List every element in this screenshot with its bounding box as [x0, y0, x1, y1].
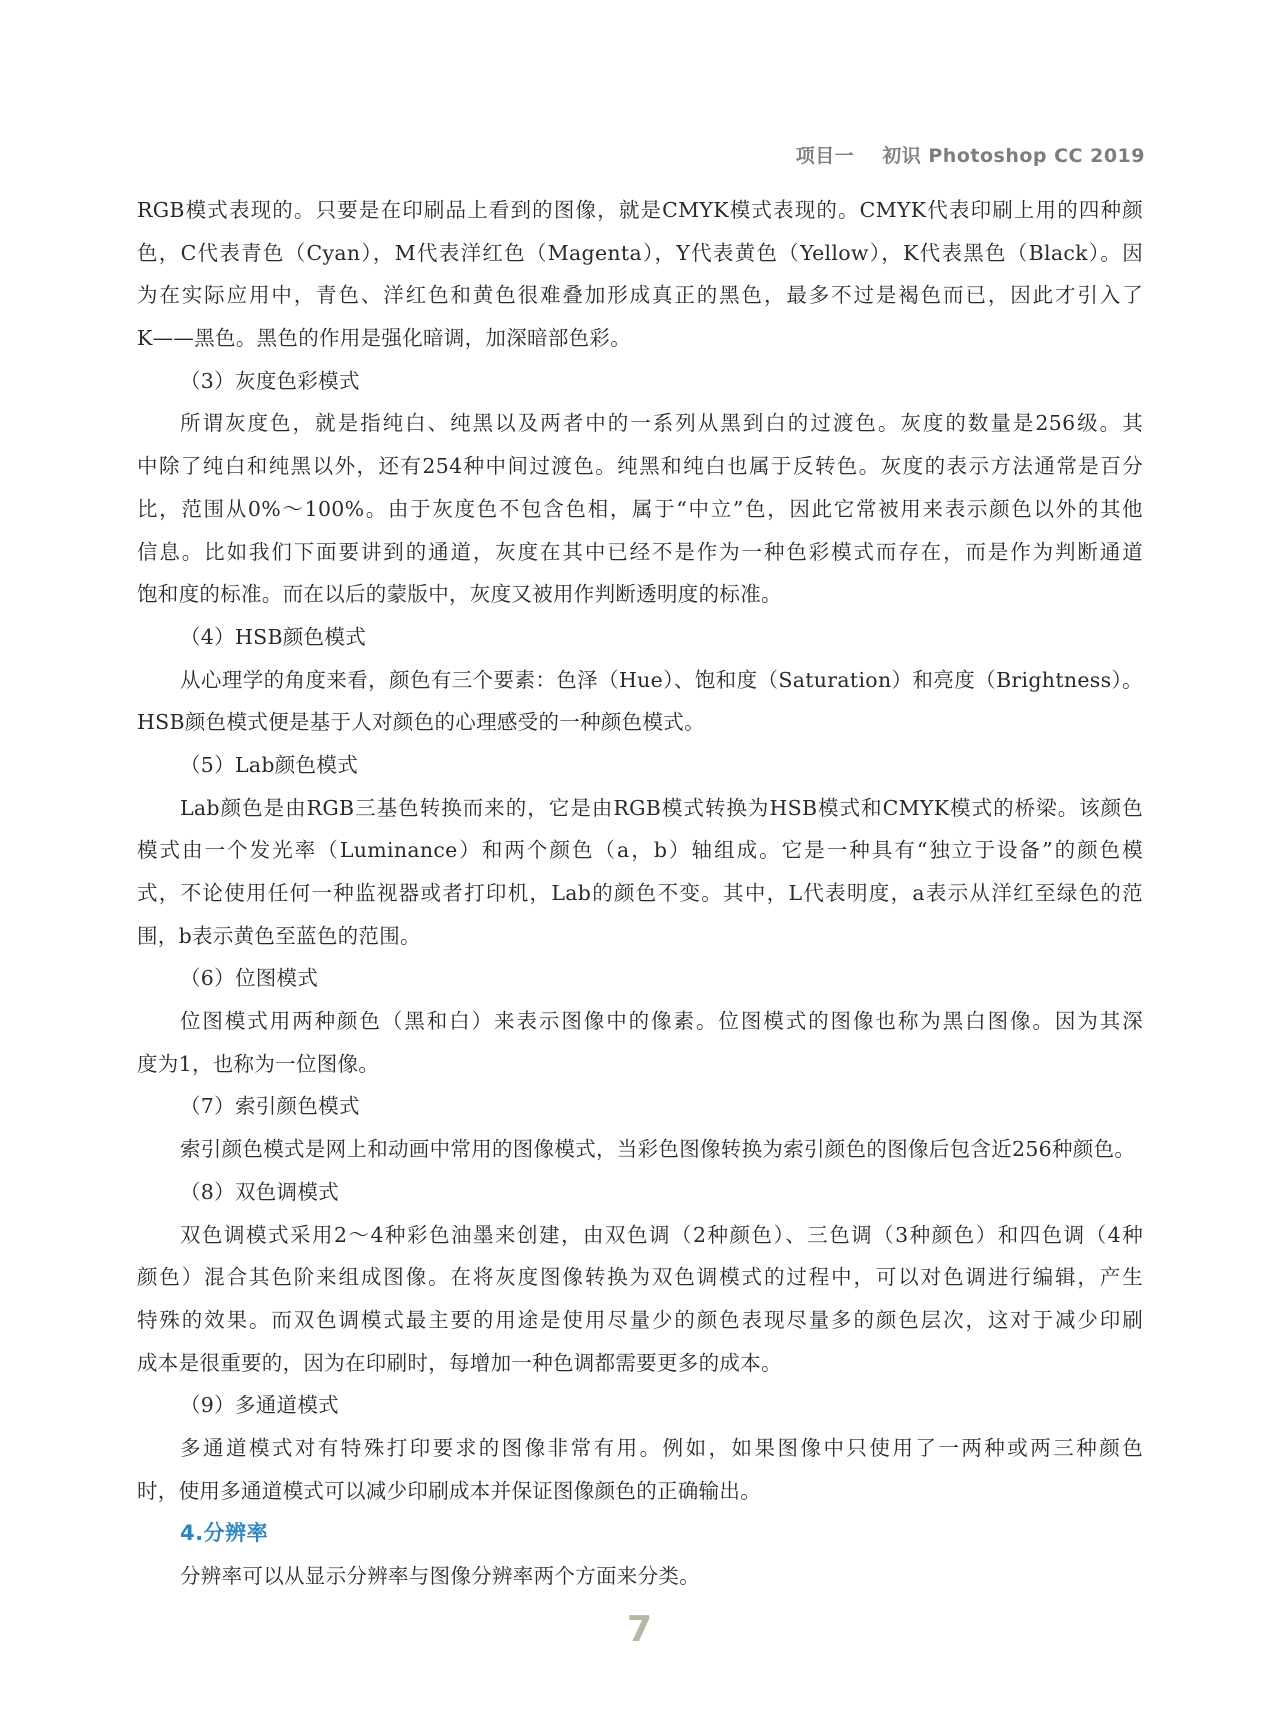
chapter-label: 项目一 [796, 145, 855, 167]
subheading-indexed: （7）索引颜色模式 [137, 1085, 1143, 1128]
text-line: 色，C代表青色（Cyan），M代表洋红色（Magenta），Y代表黄色（Yell… [137, 232, 1143, 275]
text-line: Lab颜色是由RGB三基色转换而来的，它是由RGB模式转换为HSB模式和CMYK… [137, 787, 1143, 830]
text-line: 双色调模式采用2～4种彩色油墨来创建，由双色调（2种颜色）、三色调（3种颜色）和… [137, 1214, 1143, 1257]
paragraph-lab: Lab颜色是由RGB三基色转换而来的，它是由RGB模式转换为HSB模式和CMYK… [137, 787, 1143, 958]
running-header: 项目一初识 Photoshop CC 2019 [796, 141, 1145, 168]
subheading-bitmap: （6）位图模式 [137, 957, 1143, 1000]
text-line: 多通道模式对有特殊打印要求的图像非常有用。例如，如果图像中只使用了一两种或两三种… [137, 1427, 1143, 1470]
text-line: 成本是很重要的，因为在印刷时，每增加一种色调都需要更多的成本。 [137, 1342, 1143, 1385]
subheading-multichannel: （9）多通道模式 [137, 1384, 1143, 1427]
paragraph-grayscale: 所谓灰度色，就是指纯白、纯黑以及两者中的一系列从黑到白的过渡色。灰度的数量是25… [137, 402, 1143, 615]
section-heading-resolution: 4.分辨率 [137, 1512, 1143, 1555]
text-line: 度为1，也称为一位图像。 [137, 1043, 1143, 1086]
text-line: 中除了纯白和纯黑以外，还有254种中间过渡色。纯黑和纯白也属于反转色。灰度的表示… [137, 445, 1143, 488]
paragraph-resolution: 分辨率可以从显示分辨率与图像分辨率两个方面来分类。 [137, 1555, 1143, 1598]
text-line: 比，范围从0%～100%。由于灰度色不包含色相，属于“中立”色，因此它常被用来表… [137, 488, 1143, 531]
text-line: HSB颜色模式便是基于人对颜色的心理感受的一种颜色模式。 [137, 701, 1143, 744]
text-line: 特殊的效果。而双色调模式最主要的用途是使用尽量少的颜色表现尽量多的颜色层次，这对… [137, 1299, 1143, 1342]
subheading-duotone: （8）双色调模式 [137, 1171, 1143, 1214]
subheading-hsb: （4）HSB颜色模式 [137, 616, 1143, 659]
text-line: 时，使用多通道模式可以减少印刷成本并保证图像颜色的正确输出。 [137, 1470, 1143, 1513]
text-line: 饱和度的标准。而在以后的蒙版中，灰度又被用作判断透明度的标准。 [137, 573, 1143, 616]
page-body: RGB模式表现的。只要是在印刷品上看到的图像，就是CMYK模式表现的。CMYK代… [137, 189, 1143, 1598]
text-line: 颜色）混合其色阶来组成图像。在将灰度图像转换为双色调模式的过程中，可以对色调进行… [137, 1256, 1143, 1299]
text-line: 从心理学的角度来看，颜色有三个要素：色泽（Hue）、饱和度（Saturation… [137, 659, 1143, 702]
text-line: 式，不论使用任何一种监视器或者打印机，Lab的颜色不变。其中，L代表明度，a表示… [137, 872, 1143, 915]
paragraph-hsb: 从心理学的角度来看，颜色有三个要素：色泽（Hue）、饱和度（Saturation… [137, 659, 1143, 744]
subheading-grayscale: （3）灰度色彩模式 [137, 360, 1143, 403]
text-line: 围，b表示黄色至蓝色的范围。 [137, 915, 1143, 958]
paragraph-multichannel: 多通道模式对有特殊打印要求的图像非常有用。例如，如果图像中只使用了一两种或两三种… [137, 1427, 1143, 1512]
text-line: 信息。比如我们下面要讲到的通道，灰度在其中已经不是作为一种色彩模式而存在，而是作… [137, 531, 1143, 574]
text-line: 位图模式用两种颜色（黑和白）来表示图像中的像素。位图模式的图像也称为黑白图像。因… [137, 1000, 1143, 1043]
text-line: K——黑色。黑色的作用是强化暗调，加深暗部色彩。 [137, 317, 1143, 360]
text-line: RGB模式表现的。只要是在印刷品上看到的图像，就是CMYK模式表现的。CMYK代… [137, 189, 1143, 232]
page-number: 7 [627, 1609, 652, 1650]
text-line: 模式由一个发光率（Luminance）和两个颜色（a，b）轴组成。它是一种具有“… [137, 829, 1143, 872]
paragraph-indexed: 索引颜色模式是网上和动画中常用的图像模式，当彩色图像转换为索引颜色的图像后包含近… [137, 1128, 1143, 1171]
text-line: 索引颜色模式是网上和动画中常用的图像模式，当彩色图像转换为索引颜色的图像后包含近… [137, 1128, 1143, 1171]
paragraph-cmyk: RGB模式表现的。只要是在印刷品上看到的图像，就是CMYK模式表现的。CMYK代… [137, 189, 1143, 360]
subheading-lab: （5）Lab颜色模式 [137, 744, 1143, 787]
chapter-title: 初识 Photoshop CC 2019 [882, 145, 1145, 167]
paragraph-bitmap: 位图模式用两种颜色（黑和白）来表示图像中的像素。位图模式的图像也称为黑白图像。因… [137, 1000, 1143, 1085]
paragraph-duotone: 双色调模式采用2～4种彩色油墨来创建，由双色调（2种颜色）、三色调（3种颜色）和… [137, 1214, 1143, 1385]
text-line: 所谓灰度色，就是指纯白、纯黑以及两者中的一系列从黑到白的过渡色。灰度的数量是25… [137, 402, 1143, 445]
text-line: 为在实际应用中，青色、洋红色和黄色很难叠加形成真正的黑色，最多不过是褐色而已，因… [137, 274, 1143, 317]
